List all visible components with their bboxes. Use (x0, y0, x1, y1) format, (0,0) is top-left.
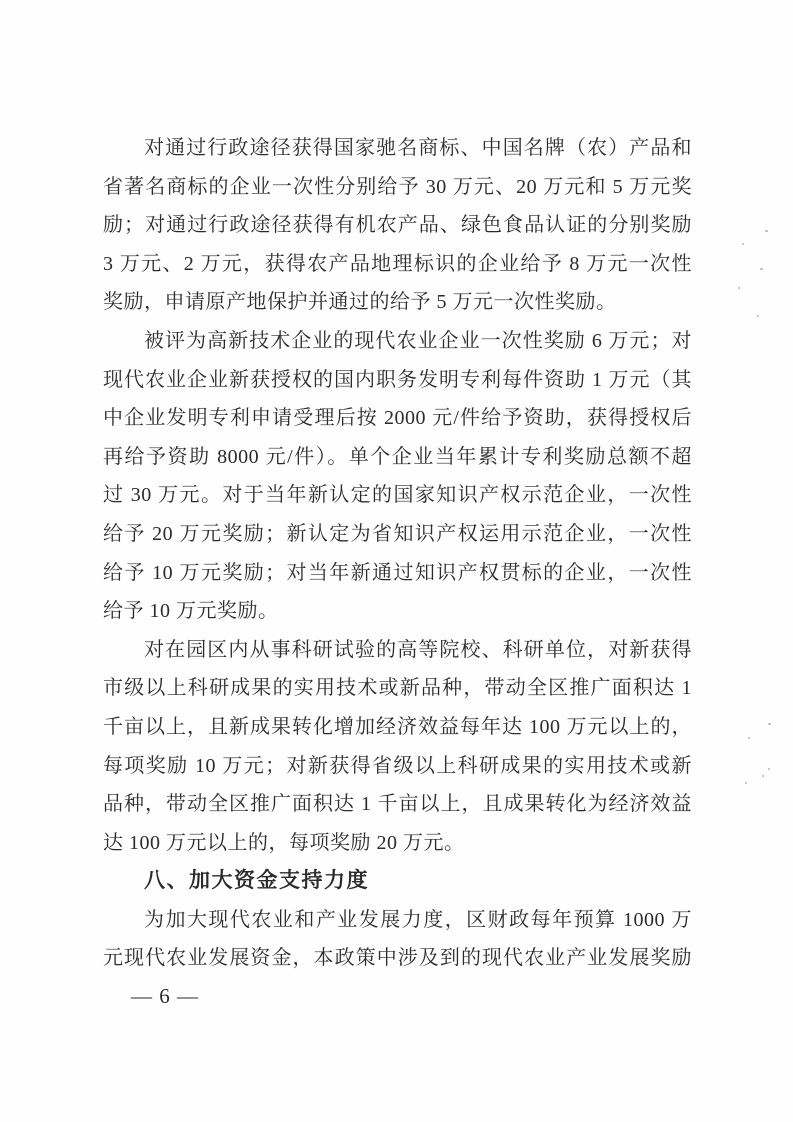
text-line: 元现代农业发展资金，本政策中涉及到的现代农业产业发展奖励 (103, 939, 692, 978)
text-line: 励；对通过行政途径获得有机农产品、绿色食品认证的分别奖励 (103, 206, 692, 245)
page-number: — 6 — (131, 984, 199, 1009)
body-paragraph: 对在园区内从事科研试验的高等院校、科研单位，对新获得市级以上科研成果的实用技术或… (103, 631, 692, 863)
text-line: 千亩以上，且新成果转化增加经济效益每年达 100 万元以上的， (103, 708, 692, 747)
text-line: 奖励，申请原产地保护并通过的给予 5 万元一次性奖励。 (103, 283, 692, 322)
section-heading: 八、加大资金支持力度 (103, 862, 692, 901)
body-paragraph: 被评为高新技术企业的现代农业企业一次性奖励 6 万元；对现代农业企业新获授权的国… (103, 322, 692, 631)
text-line: 给予 10 万元奖励；对当年新通过知识产权贯标的企业，一次性 (103, 554, 692, 593)
text-line: 每项奖励 10 万元；对新获得省级以上科研成果的实用技术或新 (103, 747, 692, 786)
text-line: 品种，带动全区推广面积达 1 千亩以上，且成果转化为经济效益 (103, 785, 692, 824)
scan-speck (760, 268, 763, 270)
scan-speck (738, 287, 740, 289)
document-text-column: 对通过行政途径获得国家驰名商标、中国名牌（农）产品和省著名商标的企业一次性分别给… (103, 129, 692, 978)
scan-speck (742, 243, 744, 245)
scan-speck (762, 775, 764, 777)
text-line: 市级以上科研成果的实用技术或新品种，带动全区推广面积达 1 (103, 669, 692, 708)
body-paragraph: 对通过行政途径获得国家驰名商标、中国名牌（农）产品和省著名商标的企业一次性分别给… (103, 129, 692, 322)
scan-speck (768, 723, 771, 725)
text-line: 再给予资助 8000 元/件）。单个企业当年累计专利奖励总额不超 (103, 438, 692, 477)
text-line: 对通过行政途径获得国家驰名商标、中国名牌（农）产品和 (103, 129, 692, 168)
text-line: 达 100 万元以上的，每项奖励 20 万元。 (103, 824, 692, 863)
text-line: 给予 20 万元奖励；新认定为省知识产权运用示范企业，一次性 (103, 515, 692, 554)
text-line: 3 万元、2 万元，获得农产品地理标识的企业给予 8 万元一次性 (103, 245, 692, 284)
heading-line: 八、加大资金支持力度 (103, 862, 692, 901)
text-line: 省著名商标的企业一次性分别给予 30 万元、20 万元和 5 万元奖 (103, 168, 692, 207)
text-line: 对在园区内从事科研试验的高等院校、科研单位，对新获得 (103, 631, 692, 670)
scan-speck (765, 230, 768, 232)
text-line: 现代农业企业新获授权的国内职务发明专利每件资助 1 万元（其 (103, 361, 692, 400)
text-line: 为加大现代农业和产业发展力度，区财政每年预算 1000 万 (103, 901, 692, 940)
scan-speck (748, 737, 750, 739)
text-line: 被评为高新技术企业的现代农业企业一次性奖励 6 万元；对 (103, 322, 692, 361)
scan-speck (745, 782, 747, 784)
text-line: 给予 10 万元奖励。 (103, 592, 692, 631)
document-page: 对通过行政途径获得国家驰名商标、中国名牌（农）产品和省著名商标的企业一次性分别给… (0, 0, 793, 1122)
body-paragraph: 为加大现代农业和产业发展力度，区财政每年预算 1000 万元现代农业发展资金，本… (103, 901, 692, 978)
scan-speck (768, 768, 770, 770)
text-line: 过 30 万元。对于当年新认定的国家知识产权示范企业，一次性 (103, 476, 692, 515)
scan-speck (757, 315, 759, 317)
text-line: 中企业发明专利申请受理后按 2000 元/件给予资助，获得授权后 (103, 399, 692, 438)
